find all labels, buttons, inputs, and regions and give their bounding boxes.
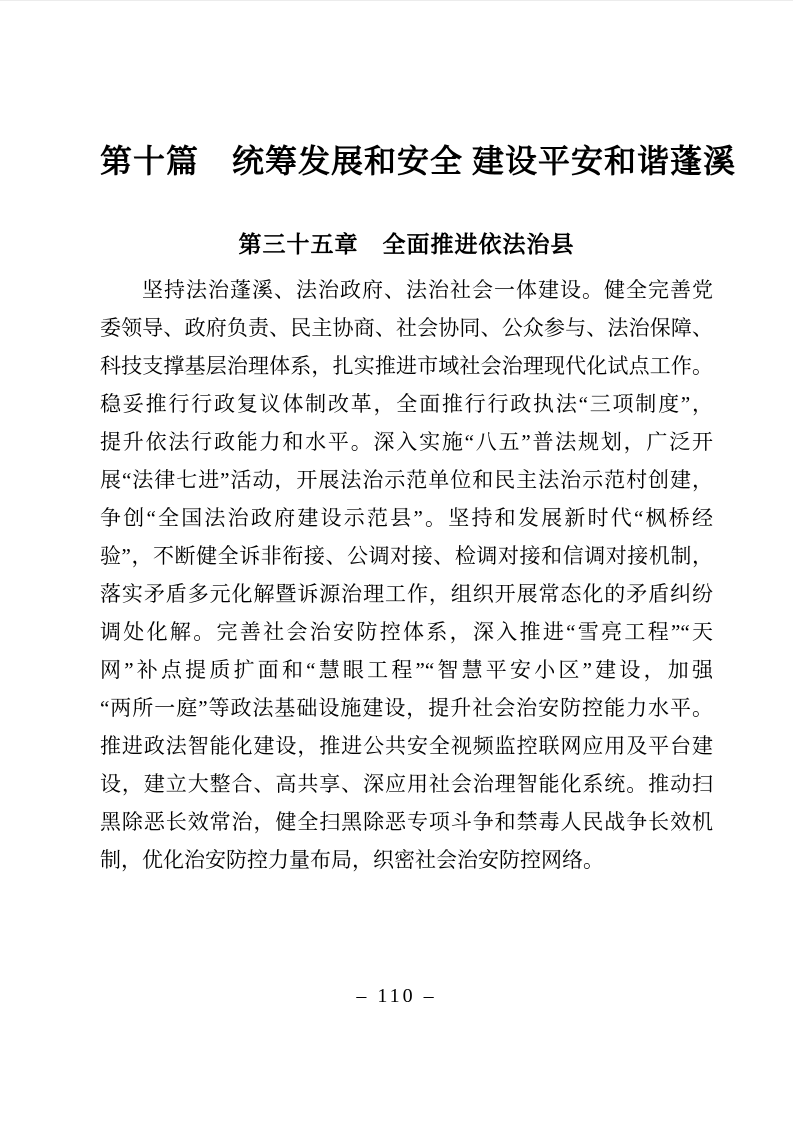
paragraph-line: 争创“全国法治政府建设示范县”。坚持和发展新时代“枫桥经 xyxy=(100,499,713,537)
paragraph-line: 提升依法行政能力和水平。深入实施“八五”普法规划，广泛开 xyxy=(100,423,713,461)
page-content: 第十篇 统筹发展和安全 建设平安和谐蓬溪 第三十五章 全面推进依法治县 坚持法治… xyxy=(100,1,713,879)
paragraph-line: 推进政法智能化建设，推进公共安全视频监控联网应用及平台建 xyxy=(100,727,713,765)
paragraph-line: 调处化解。完善社会治安防控体系，深入推进“雪亮工程”“天 xyxy=(100,613,713,651)
paragraph-line: 稳妥推行行政复议体制改革，全面推行行政执法“三项制度”， xyxy=(100,385,713,423)
page-number: – 110 – xyxy=(0,985,793,1008)
paragraph-line: 黑除恶长效常治，健全扫黑除恶专项斗争和禁毒人民战争长效机 xyxy=(100,803,713,841)
paragraph-line: “两所一庭”等政法基础设施建设，提升社会治安防控能力水平。 xyxy=(100,689,713,727)
document-page: 第十篇 统筹发展和安全 建设平安和谐蓬溪 第三十五章 全面推进依法治县 坚持法治… xyxy=(0,0,793,1122)
paragraph-line: 落实矛盾多元化解暨诉源治理工作，组织开展常态化的矛盾纠纷 xyxy=(100,575,713,613)
paragraph-line: 验”，不断健全诉非衔接、公调对接、检调对接和信调对接机制， xyxy=(100,537,713,575)
paragraph-line: 网”补点提质扩面和“慧眼工程”“智慧平安小区”建设，加强 xyxy=(100,651,713,689)
paragraph-line: 科技支撑基层治理体系，扎实推进市域社会治理现代化试点工作。 xyxy=(100,347,713,385)
part-title: 第十篇 统筹发展和安全 建设平安和谐蓬溪 xyxy=(100,141,713,181)
body-paragraph: 坚持法治蓬溪、法治政府、法治社会一体建设。健全完善党委领导、政府负责、民主协商、… xyxy=(100,271,713,879)
paragraph-line: 制，优化治安防控力量布局，织密社会治安防控网络。 xyxy=(100,841,713,879)
chapter-heading: 第三十五章 全面推进依法治县 xyxy=(100,230,713,258)
paragraph-line: 设，建立大整合、高共享、深应用社会治理智能化系统。推动扫 xyxy=(100,765,713,803)
paragraph-line: 坚持法治蓬溪、法治政府、法治社会一体建设。健全完善党 xyxy=(100,271,713,309)
paragraph-line: 委领导、政府负责、民主协商、社会协同、公众参与、法治保障、 xyxy=(100,309,713,347)
paragraph-line: 展“法律七进”活动，开展法治示范单位和民主法治示范村创建， xyxy=(100,461,713,499)
